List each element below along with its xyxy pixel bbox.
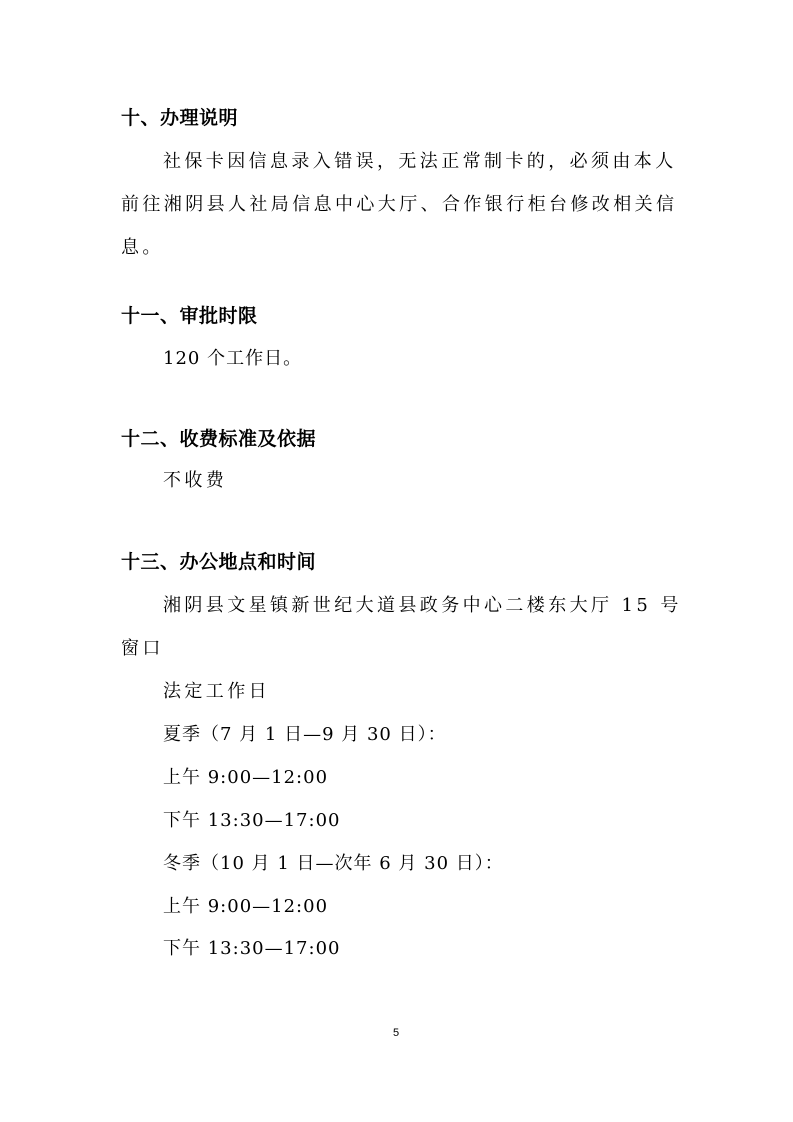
section-12-line-1: 不收费 [163, 469, 227, 493]
section-heading-13: 十三、办公地点和时间 [121, 550, 316, 574]
section-13-line-2: 窗口 [121, 637, 164, 661]
section-heading-11: 十一、审批时限 [121, 304, 258, 328]
section-13-line-5: 上午 9:00—12:00 [163, 766, 328, 790]
section-heading-10: 十、办理说明 [121, 106, 238, 130]
section-heading-12: 十二、收费标准及依据 [121, 427, 316, 451]
section-13-line-3: 法定工作日 [163, 680, 270, 704]
section-13-line-6: 下午 13:30—17:00 [163, 809, 340, 833]
section-13-line-1: 湘阴县文星镇新世纪大道县政务中心二楼东大厅 15 号 [163, 594, 682, 618]
section-10-line-1: 社保卡因信息录入错误，无法正常制卡的，必须由本人 [163, 150, 677, 174]
section-13-line-7: 冬季（10 月 1 日—次年 6 月 30 日）： [163, 852, 504, 876]
section-13-line-4: 夏季（7 月 1 日—9 月 30 日）： [163, 723, 447, 747]
document-page: 十、办理说明 社保卡因信息录入错误，无法正常制卡的，必须由本人 前往湘阴县人社局… [0, 0, 793, 1122]
page-number: 5 [393, 1027, 399, 1039]
section-11-line-1: 120 个工作日。 [163, 347, 302, 371]
section-13-line-9: 下午 13:30—17:00 [163, 937, 340, 961]
section-10-line-3: 息。 [121, 236, 164, 260]
section-10-line-2: 前往湘阴县人社局信息中心大厅、合作银行柜台修改相关信 [121, 193, 677, 217]
section-13-line-8: 上午 9:00—12:00 [163, 895, 328, 919]
